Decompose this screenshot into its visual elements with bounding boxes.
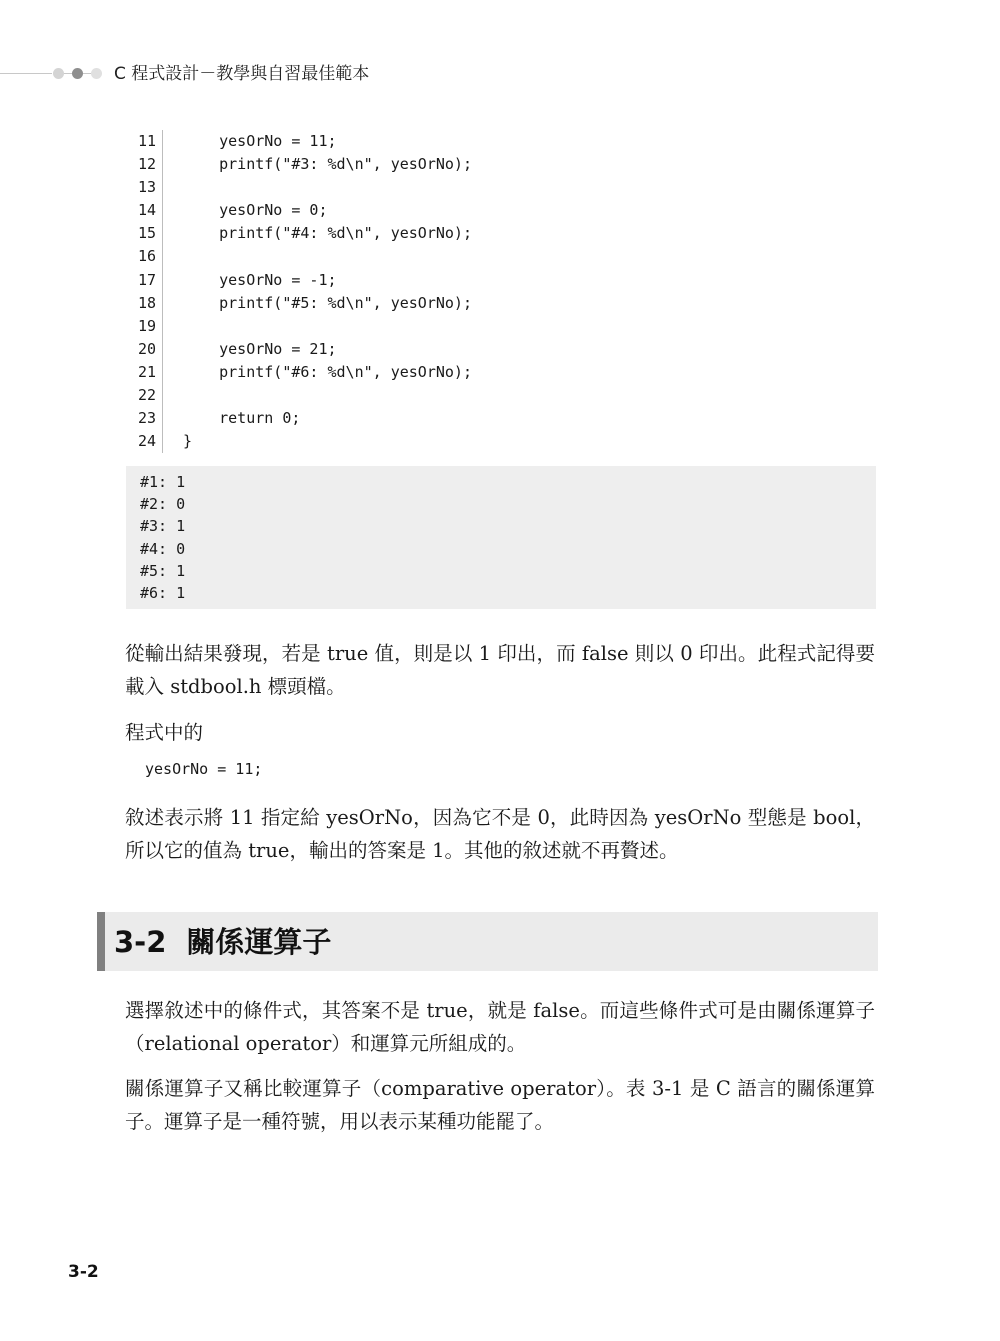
line-number: 15 — [126, 222, 163, 245]
line-number: 24 — [126, 430, 163, 453]
section-heading: 3-2關係運算子 — [97, 912, 878, 971]
running-header: C 程式設計－教學與自習最佳範本 — [0, 62, 420, 86]
program-output: #1: 1 #2: 0 #3: 1 #4: 0 #5: 1 #6: 1 — [126, 466, 876, 609]
code-line: 21 printf("#6: %d\n", yesOrNo); — [126, 361, 876, 384]
output-line: #5: 1 — [140, 560, 876, 582]
line-number: 20 — [126, 338, 163, 361]
body-paragraph: 從輸出結果發現，若是 true 值，則是以 1 印出，而 false 則以 0 … — [125, 637, 875, 703]
code-text — [163, 176, 183, 199]
line-number: 16 — [126, 245, 163, 268]
section-number: 3-2 — [114, 925, 166, 959]
code-text: printf("#3: %d\n", yesOrNo); — [163, 153, 472, 176]
code-listing: 11 yesOrNo = 11; 12 printf("#3: %d\n", y… — [126, 130, 876, 453]
code-line: 24} — [126, 430, 876, 453]
header-dot-light — [53, 68, 64, 79]
inline-code: yesOrNo = 11; — [145, 758, 262, 780]
dot-connector — [83, 73, 91, 74]
output-line: #2: 0 — [140, 493, 876, 515]
line-number: 17 — [126, 269, 163, 292]
section-title: 3-2關係運算子 — [114, 912, 331, 972]
book-title: C 程式設計－教學與自習最佳範本 — [114, 62, 369, 86]
line-number: 21 — [126, 361, 163, 384]
line-number: 23 — [126, 407, 163, 430]
header-rule — [0, 73, 52, 74]
code-line: 12 printf("#3: %d\n", yesOrNo); — [126, 153, 876, 176]
code-text: return 0; — [163, 407, 300, 430]
code-text — [163, 245, 183, 268]
code-line: 15 printf("#4: %d\n", yesOrNo); — [126, 222, 876, 245]
output-line: #3: 1 — [140, 515, 876, 537]
code-line: 13 — [126, 176, 876, 199]
output-line: #1: 1 — [140, 471, 876, 493]
line-number: 13 — [126, 176, 163, 199]
code-text: yesOrNo = 11; — [163, 130, 337, 153]
section-accent-bar — [97, 912, 105, 971]
code-line: 17 yesOrNo = -1; — [126, 269, 876, 292]
code-text: printf("#6: %d\n", yesOrNo); — [163, 361, 472, 384]
body-paragraph: 選擇敘述中的條件式，其答案不是 true，就是 false。而這些條件式可是由關… — [125, 994, 875, 1060]
section-name: 關係運算子 — [186, 925, 331, 959]
code-line: 14 yesOrNo = 0; — [126, 199, 876, 222]
line-number: 14 — [126, 199, 163, 222]
code-text: printf("#4: %d\n", yesOrNo); — [163, 222, 472, 245]
code-line: 18 printf("#5: %d\n", yesOrNo); — [126, 292, 876, 315]
line-number: 18 — [126, 292, 163, 315]
code-text: } — [163, 430, 192, 453]
dot-connector — [64, 73, 72, 74]
code-line: 16 — [126, 245, 876, 268]
header-dot-light — [91, 68, 102, 79]
line-number: 22 — [126, 384, 163, 407]
code-text: yesOrNo = 21; — [163, 338, 337, 361]
code-line: 23 return 0; — [126, 407, 876, 430]
code-text: yesOrNo = 0; — [163, 199, 328, 222]
code-text — [163, 384, 183, 407]
body-paragraph: 敘述表示將 11 指定給 yesOrNo，因為它不是 0，此時因為 yesOrN… — [125, 801, 875, 867]
code-line: 11 yesOrNo = 11; — [126, 130, 876, 153]
output-line: #6: 1 — [140, 582, 876, 604]
code-text — [163, 315, 183, 338]
code-line: 22 — [126, 384, 876, 407]
page-number: 3-2 — [68, 1262, 99, 1282]
code-line: 20 yesOrNo = 21; — [126, 338, 876, 361]
body-paragraph: 關係運算子又稱比較運算子（comparative operator）。表 3-1… — [125, 1072, 875, 1138]
code-line: 19 — [126, 315, 876, 338]
line-number: 12 — [126, 153, 163, 176]
line-number: 19 — [126, 315, 163, 338]
body-paragraph: 程式中的 — [125, 716, 875, 749]
line-number: 11 — [126, 130, 163, 153]
output-line: #4: 0 — [140, 538, 876, 560]
code-text: yesOrNo = -1; — [163, 269, 337, 292]
header-dot-dark — [72, 68, 83, 79]
code-text: printf("#5: %d\n", yesOrNo); — [163, 292, 472, 315]
